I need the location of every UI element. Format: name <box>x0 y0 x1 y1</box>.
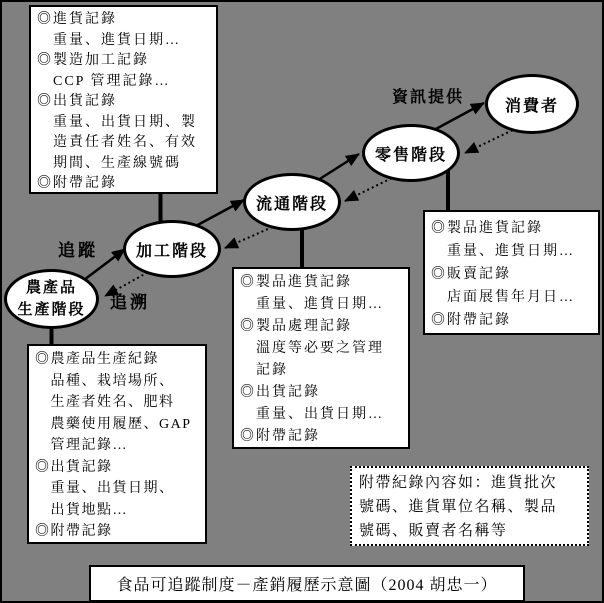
stage-production-label: 農產品 生產階段 <box>17 277 85 321</box>
diagram-title-box: 食品可追蹤制度－產銷履歷示意圖（2004 胡忠一） <box>89 565 525 602</box>
arrow-retail-to-consumer <box>434 103 484 130</box>
stage-distribution-label: 流通階段 <box>256 191 328 214</box>
processing-records-box: ◎進貨記錄 重量、進貨日期… ◎製造加工記錄 CCP 管理記錄… ◎出貨記錄 重… <box>29 5 218 194</box>
food-traceability-diagram: ◎進貨記錄 重量、進貨日期… ◎製造加工記錄 CCP 管理記錄… ◎出貨記錄 重… <box>0 0 604 603</box>
arrow-distribution-to-processing-dotted <box>225 225 277 248</box>
supplementary-note-text: 附帶紀錄內容如：進貨批次 號碼、進貨單位名稱、製品 號碼、販賣者名稱等 <box>359 471 581 543</box>
distribution-records-text: ◎製品進貨記錄 重量、進貨日期… ◎製品處理記錄 溫度等必要之管理 記錄 ◎出貨… <box>240 272 403 448</box>
supplementary-note-box: 附帶紀錄內容如：進貨批次 號碼、進貨單位名稱、製品 號碼、販賣者名稱等 <box>350 466 589 546</box>
diagram-title: 食品可追蹤制度－產銷履歷示意圖（2004 胡忠一） <box>116 572 497 595</box>
arrow-processing-to-distribution <box>192 200 244 228</box>
stage-processing-label: 加工階段 <box>136 238 208 261</box>
processing-records-text: ◎進貨記錄 重量、進貨日期… ◎製造加工記錄 CCP 管理記錄… ◎出貨記錄 重… <box>37 10 211 195</box>
trace-back-label: 追溯 <box>110 288 150 313</box>
arrow-retail-to-distribution-dotted <box>345 176 396 201</box>
arrow-consumer-to-retail-dotted <box>465 128 517 153</box>
stage-retail: 零售階段 <box>362 124 460 182</box>
arrow-distribution-to-retail <box>315 154 359 182</box>
trace-forward-label: 追蹤 <box>58 236 98 261</box>
retail-records-box: ◎製品進貨記錄 重量、進貨日期… ◎販賣記錄 店面展售年月日… ◎附帶記錄 <box>423 210 600 335</box>
stage-distribution: 流通階段 <box>243 173 341 231</box>
retail-records-text: ◎製品進貨記錄 重量、進貨日期… ◎販賣記錄 店面展售年月日… ◎附帶記錄 <box>431 217 593 332</box>
production-records-text: ◎農產品生產紀錄 品種、栽培場所、 生產者姓名、肥料 農藥使用履歷、GAP 管理… <box>35 349 200 543</box>
information-provision-label: 資訊提供 <box>392 84 464 107</box>
stage-consumer-label: 消費者 <box>505 93 559 116</box>
stage-production: 農產品 生產階段 <box>4 269 99 329</box>
stage-consumer: 消費者 <box>485 74 579 134</box>
distribution-records-box: ◎製品進貨記錄 重量、進貨日期… ◎製品處理記錄 溫度等必要之管理 記錄 ◎出貨… <box>232 267 410 449</box>
stage-processing: 加工階段 <box>123 220 221 278</box>
stage-retail-label: 零售階段 <box>375 142 447 165</box>
production-records-box: ◎農產品生產紀錄 品種、栽培場所、 生產者姓名、肥料 農藥使用履歷、GAP 管理… <box>27 344 207 544</box>
